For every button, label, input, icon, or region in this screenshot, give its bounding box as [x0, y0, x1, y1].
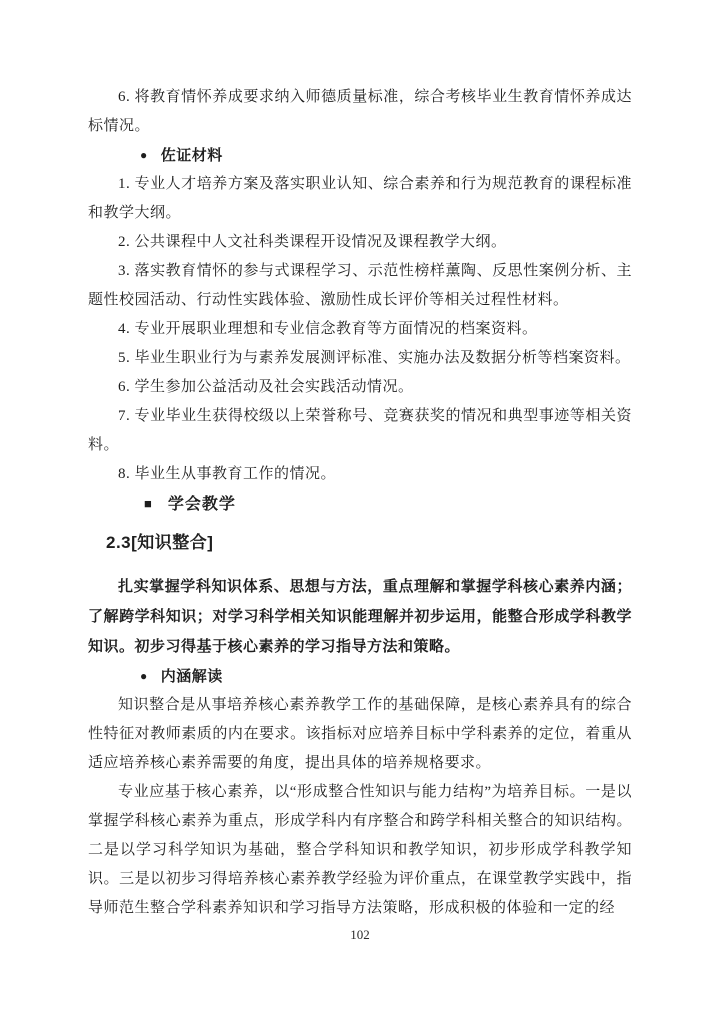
document-page: 6. 将教育情怀养成要求纳入师德质量标准，综合考核毕业生教育情怀养成达标情况。 … [0, 0, 720, 1018]
section-marker-learn-to-teach: ■学会教学 [88, 489, 632, 520]
circle-bullet-icon: ● [140, 662, 148, 691]
interpretation-paragraph-2: 专业应基于核心素养，以“形成整合性知识与能力结构”为培养目标。一是以掌握学科核心… [88, 778, 632, 923]
interpretation-paragraph-1: 知识整合是从事培养核心素养教学工作的基础保障，是核心素养具有的综合性特征对教师素… [88, 691, 632, 778]
page-number: 102 [0, 927, 720, 943]
standard-statement: 扎实掌握学科知识体系、思想与方法，重点理解和掌握学科核心素养内涵；了解跨学科知识… [88, 572, 632, 662]
evidence-item-2: 2. 公共课程中人文社科类课程开设情况及课程教学大纲。 [88, 228, 632, 257]
evidence-materials-heading-label: 佐证材料 [161, 147, 223, 164]
evidence-item-5: 5. 毕业生职业行为与素养发展测评标准、实施办法及数据分析等档案资料。 [88, 344, 632, 373]
evidence-item-4: 4. 专业开展职业理想和专业信念教育等方面情况的档案资料。 [88, 315, 632, 344]
interpretation-heading: ●内涵解读 [88, 662, 632, 691]
carryover-list-item: 6. 将教育情怀养成要求纳入师德质量标准，综合考核毕业生教育情怀养成达标情况。 [88, 83, 632, 141]
square-bullet-icon: ■ [144, 489, 153, 519]
section-marker-label: 学会教学 [168, 496, 236, 513]
evidence-item-6: 6. 学生参加公益活动及社会实践活动情况。 [88, 373, 632, 402]
evidence-item-3: 3. 落实教育情怀的参与式课程学习、示范性榜样薰陶、反思性案例分析、主题性校园活… [88, 257, 632, 315]
page-content: 6. 将教育情怀养成要求纳入师德质量标准，综合考核毕业生教育情怀养成达标情况。 … [0, 0, 720, 923]
evidence-materials-heading: ●佐证材料 [88, 141, 632, 170]
evidence-item-1: 1. 专业人才培养方案及落实职业认知、综合素养和行为规范教育的课程标准和教学大纲… [88, 170, 632, 228]
section-heading-knowledge-integration: 2.3[知识整合] [106, 528, 632, 558]
evidence-item-8: 8. 毕业生从事教育工作的情况。 [88, 460, 632, 489]
evidence-item-7: 7. 专业毕业生获得校级以上荣誉称号、竞赛获奖的情况和典型事迹等相关资料。 [88, 402, 632, 460]
circle-bullet-icon: ● [140, 141, 148, 170]
interpretation-heading-label: 内涵解读 [161, 668, 223, 685]
